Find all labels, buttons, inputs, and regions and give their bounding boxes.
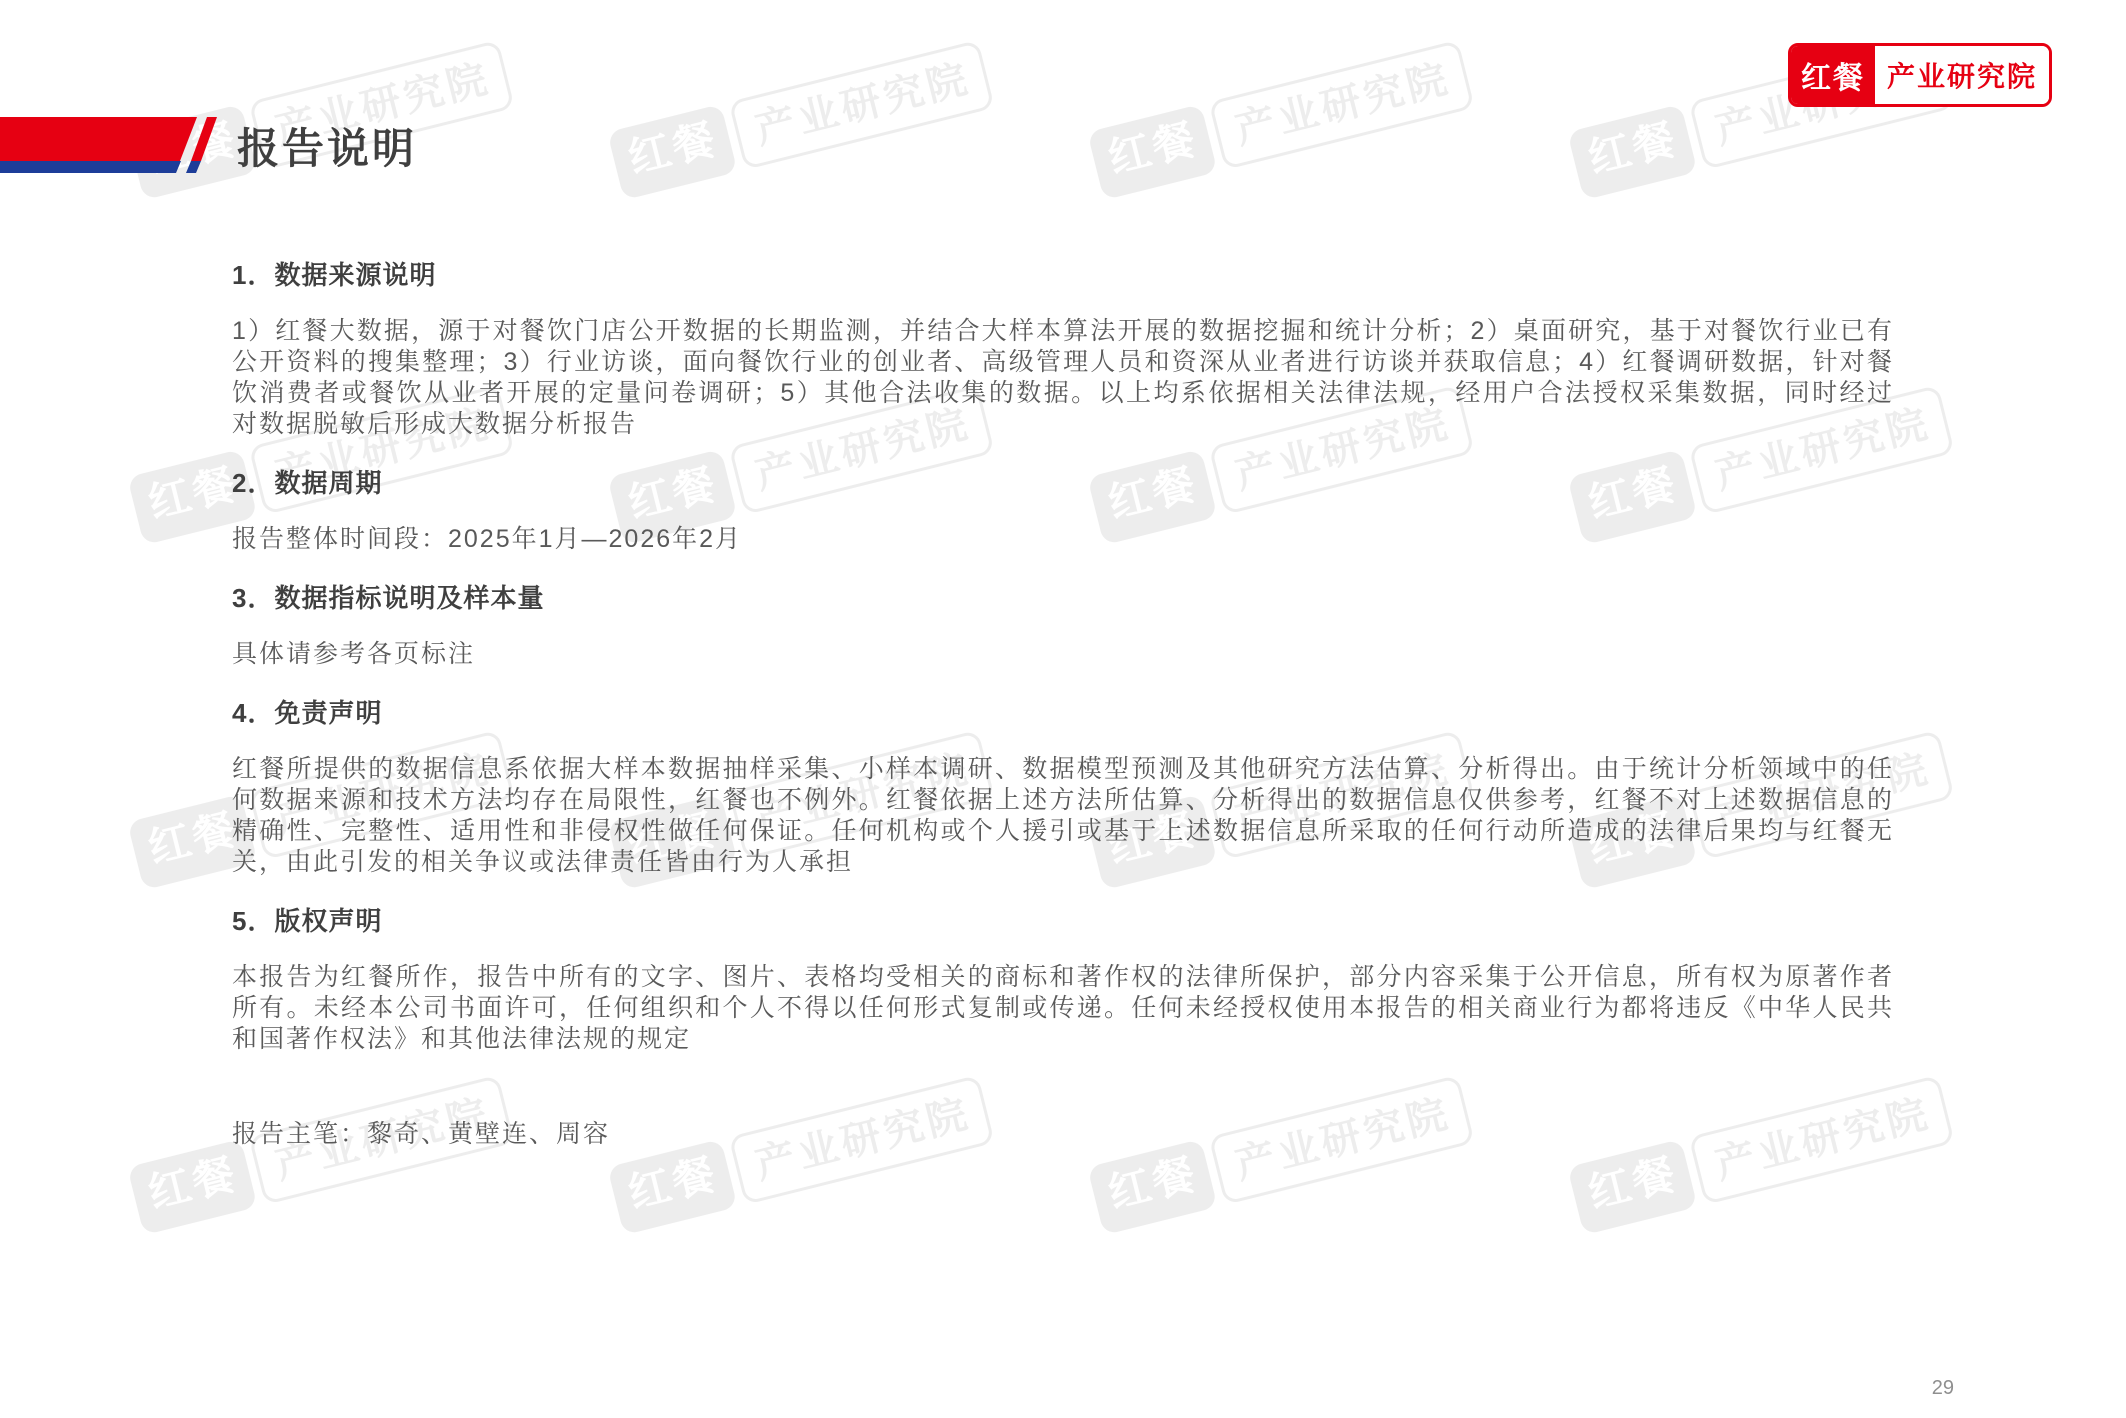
watermark-badge: 红餐 [127, 1139, 257, 1235]
report-notes-slide: { "header": { "title": "报告说明", "logo": {… [0, 0, 2126, 1418]
ribbon-blue-tip [186, 161, 201, 173]
section-body: 报告整体时间段：2025年1月—2026年2月 [232, 524, 1894, 555]
section-heading: 3．数据指标说明及样本量 [232, 581, 1894, 615]
header-ribbon [0, 117, 230, 173]
watermark: 红餐产业研究院 [1087, 40, 1475, 200]
section-heading: 2．数据周期 [232, 466, 1894, 500]
brand-logo-name: 产业研究院 [1875, 46, 2049, 104]
section-body: 本报告为红餐所作，报告中所有的文字、图片、表格均受相关的商标和著作权的法律所保护… [232, 962, 1894, 1055]
page-title: 报告说明 [237, 118, 417, 174]
watermark-badge: 红餐 [607, 104, 737, 200]
section-data-period: 2．数据周期 报告整体时间段：2025年1月—2026年2月 [232, 466, 1894, 555]
watermark-name: 产业研究院 [1209, 40, 1475, 170]
section-heading: 5．版权声明 [232, 904, 1894, 938]
content-area: 1．数据来源说明 1）红餐大数据，源于对餐饮门店公开数据的长期监测，并结合大样本… [232, 258, 1894, 1150]
watermark-badge: 红餐 [607, 1139, 737, 1235]
watermark-badge: 红餐 [1567, 104, 1697, 200]
section-heading: 4．免责声明 [232, 696, 1894, 730]
watermark: 红餐产业研究院 [607, 40, 995, 200]
watermark-name: 产业研究院 [729, 40, 995, 170]
watermark-badge: 红餐 [1087, 104, 1217, 200]
ribbon-blue-main [0, 161, 181, 173]
brand-logo-badge: 红餐 [1791, 46, 1875, 104]
watermark-badge: 红餐 [1087, 1139, 1217, 1235]
section-body: 1）红餐大数据，源于对餐饮门店公开数据的长期监测，并结合大样本算法开展的数据挖掘… [232, 316, 1894, 440]
authors-line: 报告主笔：黎奇、黄壁连、周容 [232, 1119, 1894, 1150]
page-number: 29 [1932, 1377, 1954, 1400]
section-disclaimer: 4．免责声明 红餐所提供的数据信息系依据大样本数据抽样采集、小样本调研、数据模型… [232, 696, 1894, 878]
section-copyright: 5．版权声明 本报告为红餐所作，报告中所有的文字、图片、表格均受相关的商标和著作… [232, 904, 1894, 1055]
ribbon-red-tip [191, 117, 217, 161]
section-heading: 1．数据来源说明 [232, 258, 1894, 292]
watermark-badge: 红餐 [1567, 1139, 1697, 1235]
section-body: 红餐所提供的数据信息系依据大样本数据抽样采集、小样本调研、数据模型预测及其他研究… [232, 754, 1894, 878]
brand-logo: 红餐 产业研究院 [1788, 43, 2052, 107]
ribbon-red-main [0, 117, 197, 161]
section-indicators-sample: 3．数据指标说明及样本量 具体请参考各页标注 [232, 581, 1894, 670]
section-body: 具体请参考各页标注 [232, 639, 1894, 670]
section-data-sources: 1．数据来源说明 1）红餐大数据，源于对餐饮门店公开数据的长期监测，并结合大样本… [232, 258, 1894, 440]
